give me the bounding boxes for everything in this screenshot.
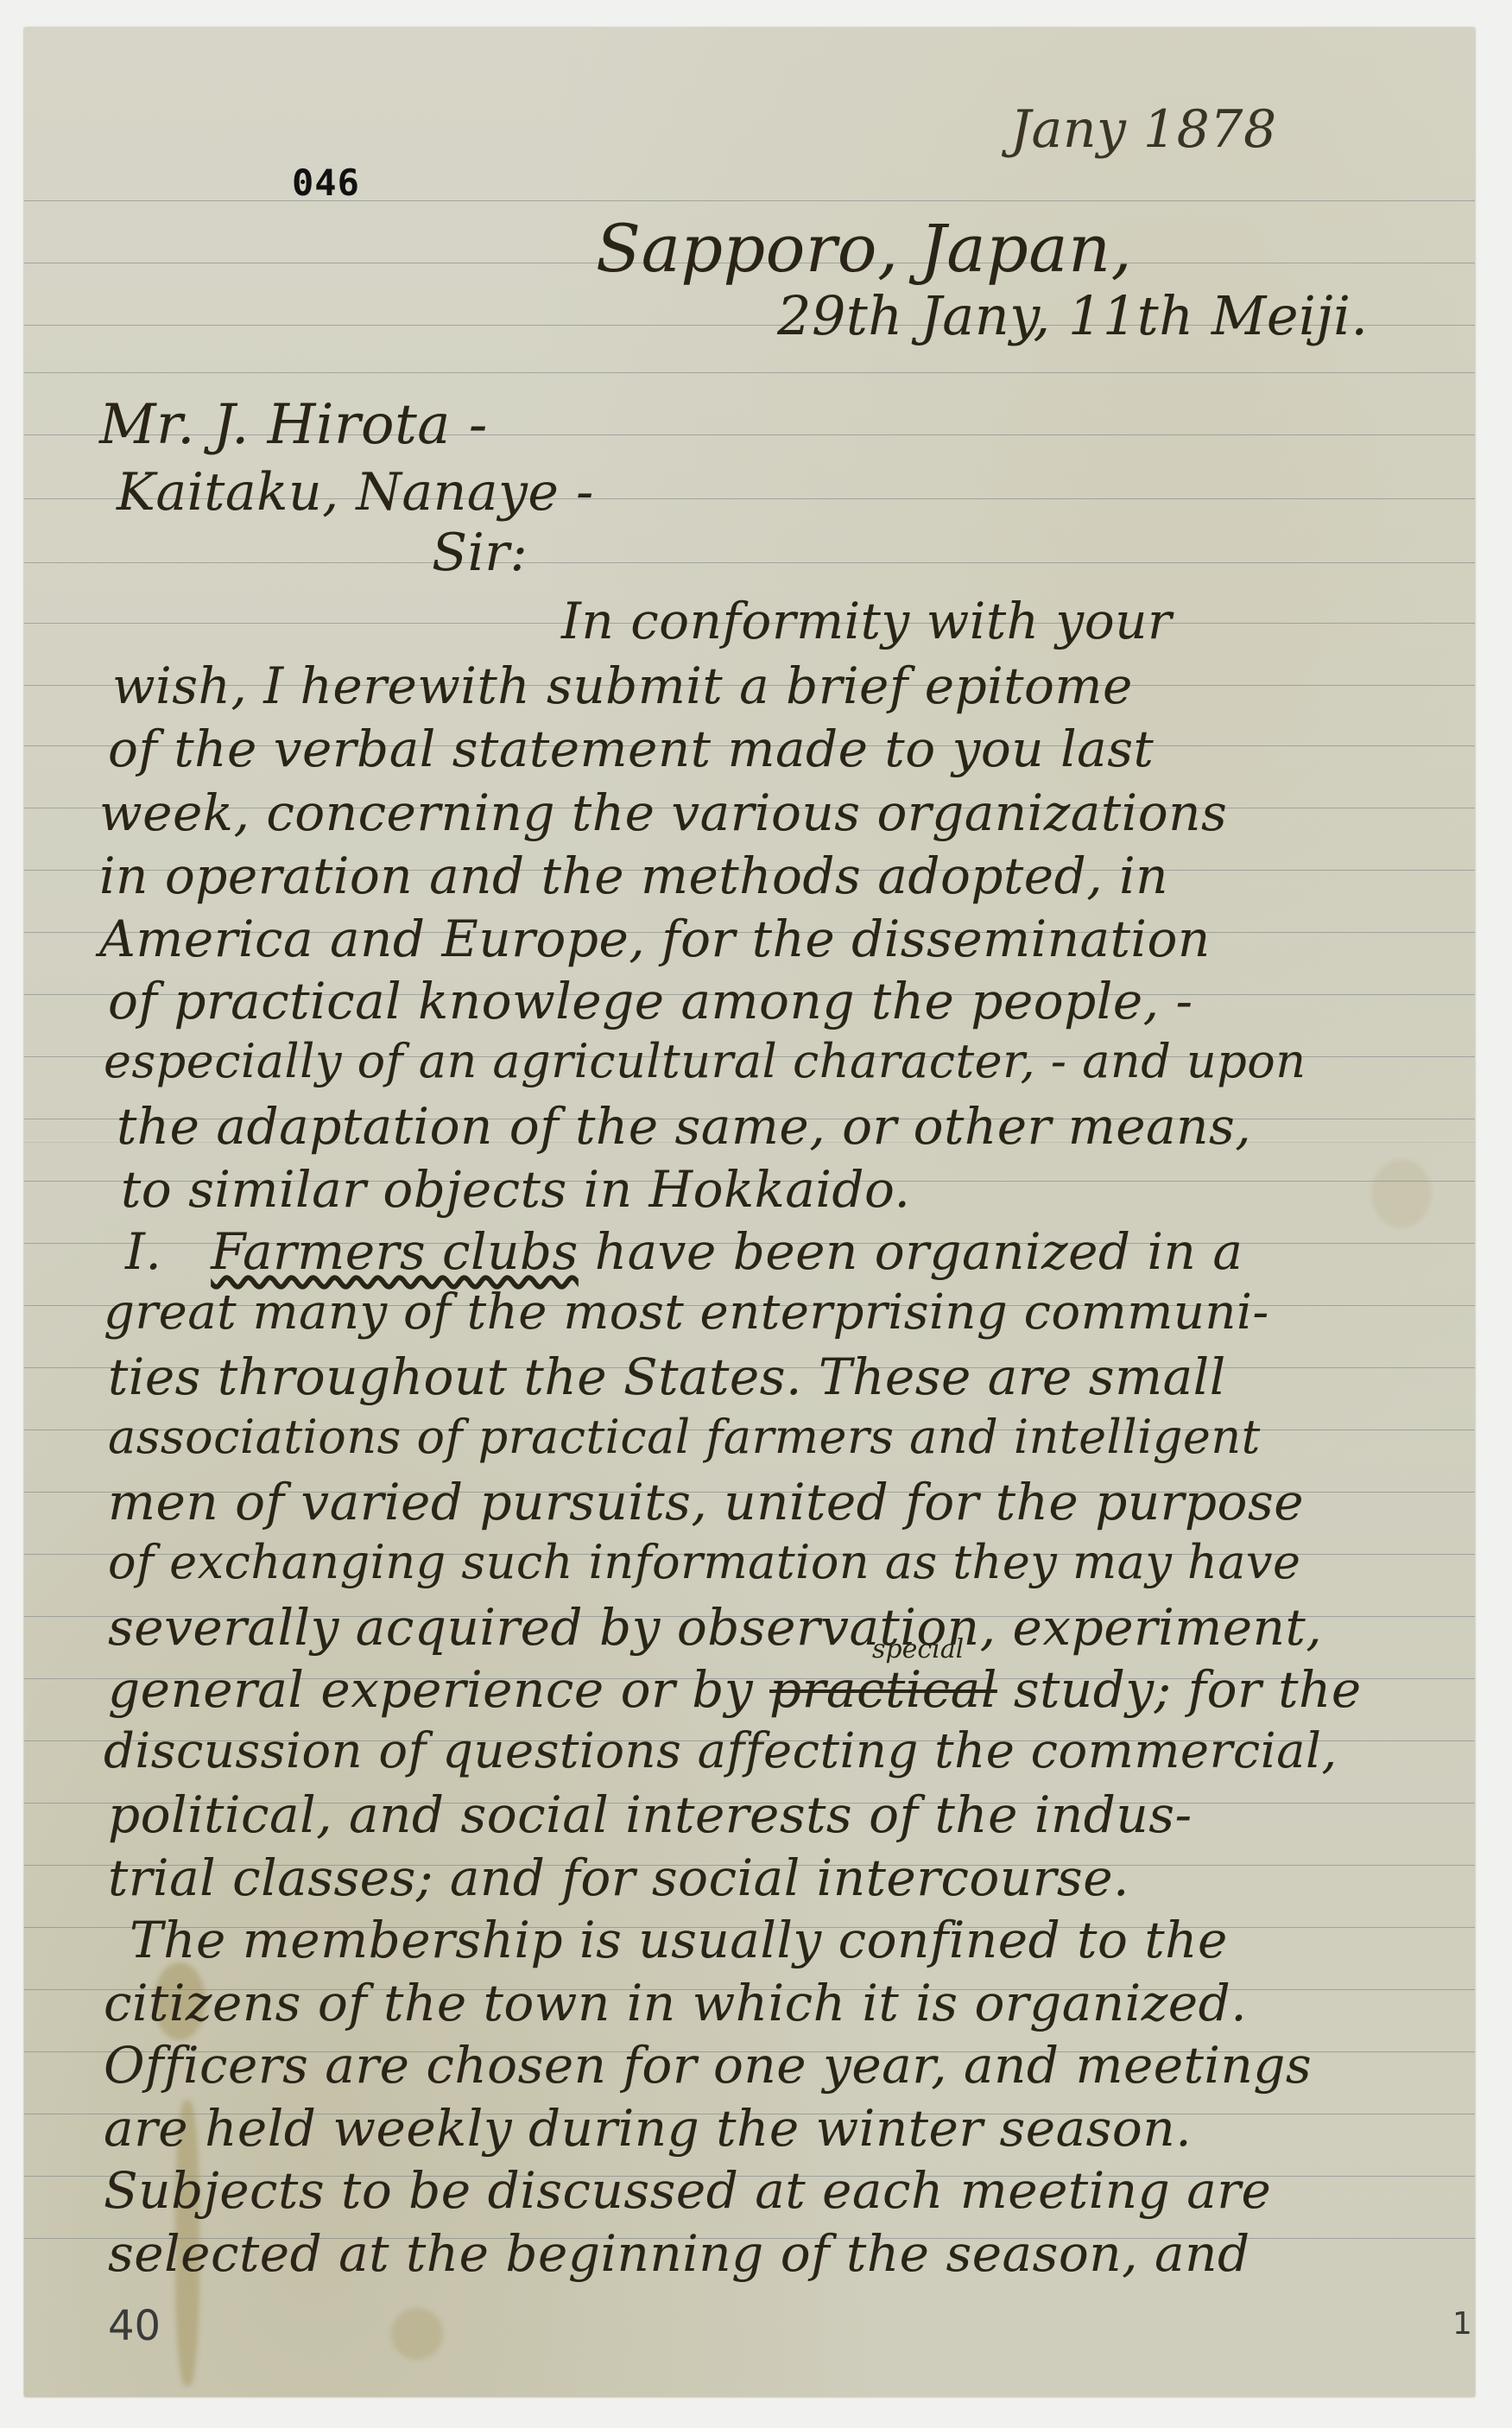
section-heading-farmers-clubs: Farmers clubs [211,1222,579,1281]
section-one-line: ties throughout the States. These are sm… [108,1352,1226,1402]
paragraph-two-line: are held weekly during the winter season… [104,2103,1192,2153]
section-one-line-correction: general experience or by practical study… [108,1664,1362,1715]
salutation: Sir: [432,527,528,579]
ruled-line [24,200,1475,201]
correction-line-before: general experience or by [108,1660,753,1719]
paragraph-two-line: Subjects to be discussed at each meeting… [104,2165,1271,2216]
water-stain [391,2308,443,2360]
section-one-first-line: I. Farmers clubs have been organized in … [125,1227,1243,1277]
section-one-line: trial classes; and for social intercours… [108,1853,1129,1903]
section-one-line: severally acquired by observation, exper… [108,1602,1322,1652]
body-line-2: wish, I herewith submit a brief epitome [112,661,1133,711]
ruled-line [24,372,1475,373]
pencil-page-number: 40 [108,2302,161,2350]
section-one-line: of exchanging such information as they m… [108,1539,1300,1586]
section-one-line: discussion of questions affecting the co… [104,1727,1338,1776]
archive-stamp-number: 046 [292,162,360,204]
section-one-line: associations of practical farmers and in… [108,1414,1261,1461]
struck-word: practical [769,1660,997,1719]
section-one-line: great many of the most enterprising comm… [104,1289,1269,1337]
paragraph-two-line: The membership is usually confined to th… [130,1915,1228,1965]
body-line-1: In conformity with your [561,596,1172,646]
paragraph-two-line: selected at the beginning of the season,… [108,2228,1250,2279]
body-line-8: especially of an agricultural character,… [104,1038,1306,1085]
ruled-line [24,562,1475,563]
letter-place: Sapporo, Japan, [596,216,1132,282]
correction-line-after: study; for the [1014,1660,1362,1719]
section-one-line: political, and social interests of the i… [108,1790,1193,1840]
inserted-word: special [872,1637,964,1663]
body-line-9: the adaptation of the same, or other mea… [117,1101,1251,1151]
body-line-10: to similar objects in Hokkaido. [121,1164,910,1214]
body-line-7: of practical knowlege among the people, … [108,976,1193,1026]
section-one-line: men of varied pursuits, united for the p… [108,1477,1304,1527]
section-one-first-line-rest: have been organized in a [595,1222,1243,1281]
corner-mark: 1 [1452,2306,1472,2342]
pencil-date-annotation: Jany 1878 [1010,104,1277,155]
body-line-6: America and Europe, for the disseminatio… [99,914,1211,964]
addressee-office: Kaitaku, Nanaye - [117,466,594,518]
paragraph-two-line: citizens of the town in which it is orga… [104,1978,1247,2028]
section-numeral: I. [125,1222,161,1281]
body-line-4: week, concerning the various organizatio… [99,788,1227,838]
letter-date: 29th Jany, 11th Meiji. [777,289,1369,343]
body-line-5: in operation and the methods adopted, in [99,851,1168,901]
water-stain [1371,1159,1432,1228]
body-line-3: of the verbal statement made to you last [108,724,1154,774]
addressee-name: Mr. J. Hirota - [99,397,488,453]
paragraph-two-line: Officers are chosen for one year, and me… [104,2040,1312,2090]
